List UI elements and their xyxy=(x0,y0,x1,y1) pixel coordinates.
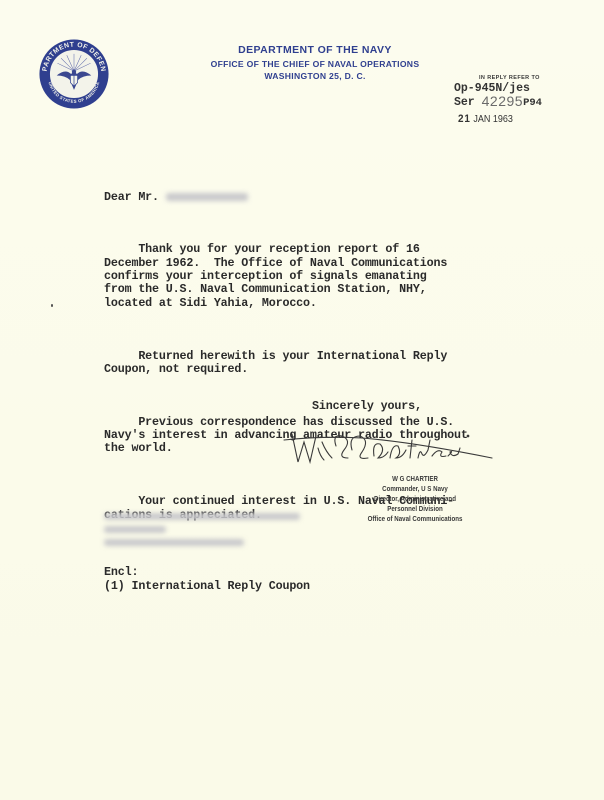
reference-block: IN REPLY REFER TO Op-945N/jes Ser 42295P… xyxy=(478,74,603,126)
enclosure-item: (1) International Reply Coupon xyxy=(104,579,310,593)
signatory-role-line2: Personnel Division xyxy=(349,505,481,515)
enclosure-list: Encl:(1) International Reply Coupon xyxy=(104,565,310,593)
redacted-address-line-1 xyxy=(104,513,300,520)
office-address: WASHINGTON 25, D. C. xyxy=(180,70,450,82)
date-month-year: JAN 1963 xyxy=(473,114,513,125)
department-name: DEPARTMENT OF THE NAVY xyxy=(180,44,450,57)
letter-page: DEPARTMENT OF DEFENSE UNITED STATES OF A… xyxy=(0,0,604,800)
office-name: OFFICE OF THE CHIEF OF NAVAL OPERATIONS xyxy=(180,58,450,70)
redacted-recipient-address xyxy=(104,513,300,552)
enclosure-label: Encl: xyxy=(104,565,310,579)
serial-suffix: P94 xyxy=(523,97,542,109)
reference-code: Op-945N/jes xyxy=(454,82,603,95)
signatory-office: Office of Naval Communications xyxy=(349,515,481,525)
signatory-rank: Commander, U S Navy xyxy=(349,485,481,495)
redacted-recipient-name xyxy=(166,193,248,201)
date-stamp: 21 JAN 1963 xyxy=(458,113,589,126)
redacted-address-line-2 xyxy=(104,526,166,533)
paragraph-reply-coupon: Returned herewith is your International … xyxy=(104,350,534,377)
closing: Sincerely yours, xyxy=(312,399,422,413)
signatory-name: W G CHARTIER xyxy=(349,475,481,485)
serial-prefix: Ser xyxy=(454,96,475,109)
letterhead: DEPARTMENT OF THE NAVY OFFICE OF THE CHI… xyxy=(180,44,450,82)
paper-speck xyxy=(51,304,53,307)
handwritten-signature xyxy=(282,428,502,472)
paragraph-reception-report: Thank you for your reception report of 1… xyxy=(104,243,534,309)
redacted-address-line-3 xyxy=(104,539,244,546)
paper-speck xyxy=(163,497,164,499)
serial-stamp: 42295 xyxy=(482,93,523,109)
salutation: Dear Mr. xyxy=(104,191,534,204)
department-of-defense-seal-icon: DEPARTMENT OF DEFENSE UNITED STATES OF A… xyxy=(38,38,110,110)
signatory-role-line1: Director, Administrative and xyxy=(349,495,481,505)
date-day: 21 xyxy=(458,113,471,125)
reply-refer-label: IN REPLY REFER TO xyxy=(479,74,603,82)
serial-number: Ser 42295P94 xyxy=(454,95,603,110)
signature-block: W G CHARTIER Commander, U S Navy Directo… xyxy=(349,475,481,525)
